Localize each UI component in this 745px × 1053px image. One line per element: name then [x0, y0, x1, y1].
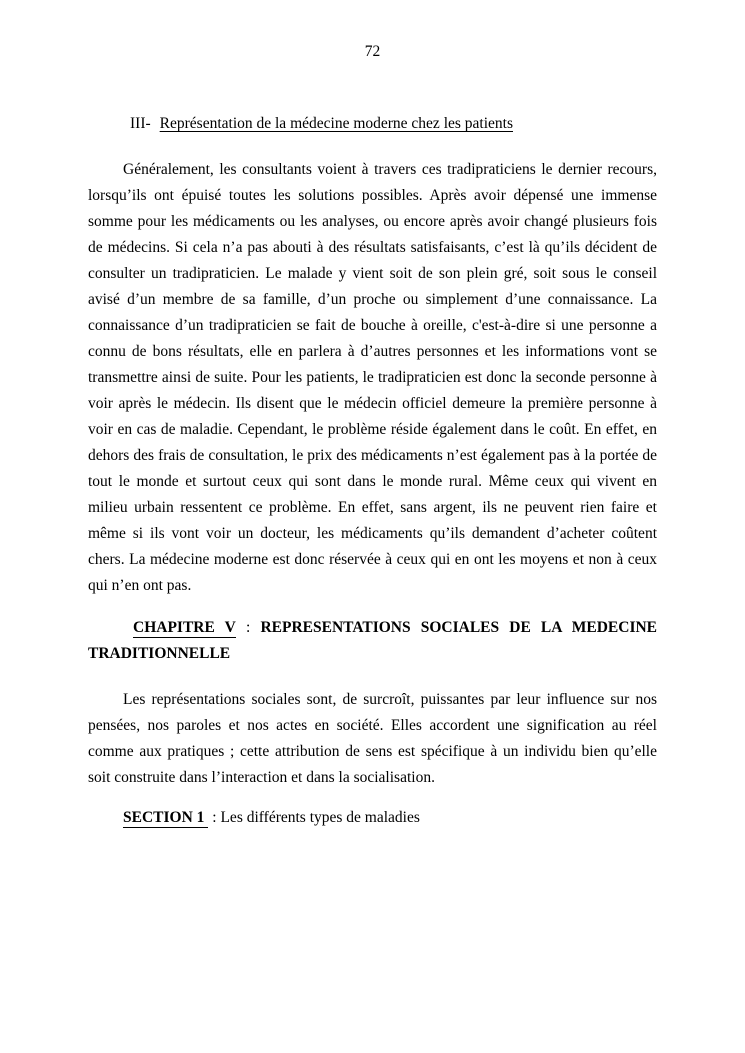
document-page: 72 III-Représentation de la médecine mod…: [0, 0, 745, 1053]
section-1-separator: :: [208, 809, 220, 826]
chapter-v-heading: CHAPITRE V : REPRESENTATIONS SOCIALES DE…: [88, 615, 657, 667]
paragraph-social-representations: Les représentations sociales sont, de su…: [88, 687, 657, 791]
chapter-v-label: CHAPITRE V: [133, 619, 236, 638]
section-1-label: SECTION 1: [123, 809, 208, 828]
section-1-title: Les différents types de maladies: [220, 809, 419, 826]
section-iii-title: Représentation de la médecine moderne ch…: [160, 115, 513, 132]
section-iii-numeral: III-: [130, 115, 160, 132]
page-number: 72: [88, 44, 657, 60]
paragraph-modern-medicine: Généralement, les consultants voient à t…: [88, 157, 657, 599]
chapter-v-separator: :: [236, 619, 261, 636]
section-1-heading: SECTION 1 : Les différents types de mala…: [123, 805, 657, 831]
section-iii-heading: III-Représentation de la médecine modern…: [130, 111, 657, 137]
